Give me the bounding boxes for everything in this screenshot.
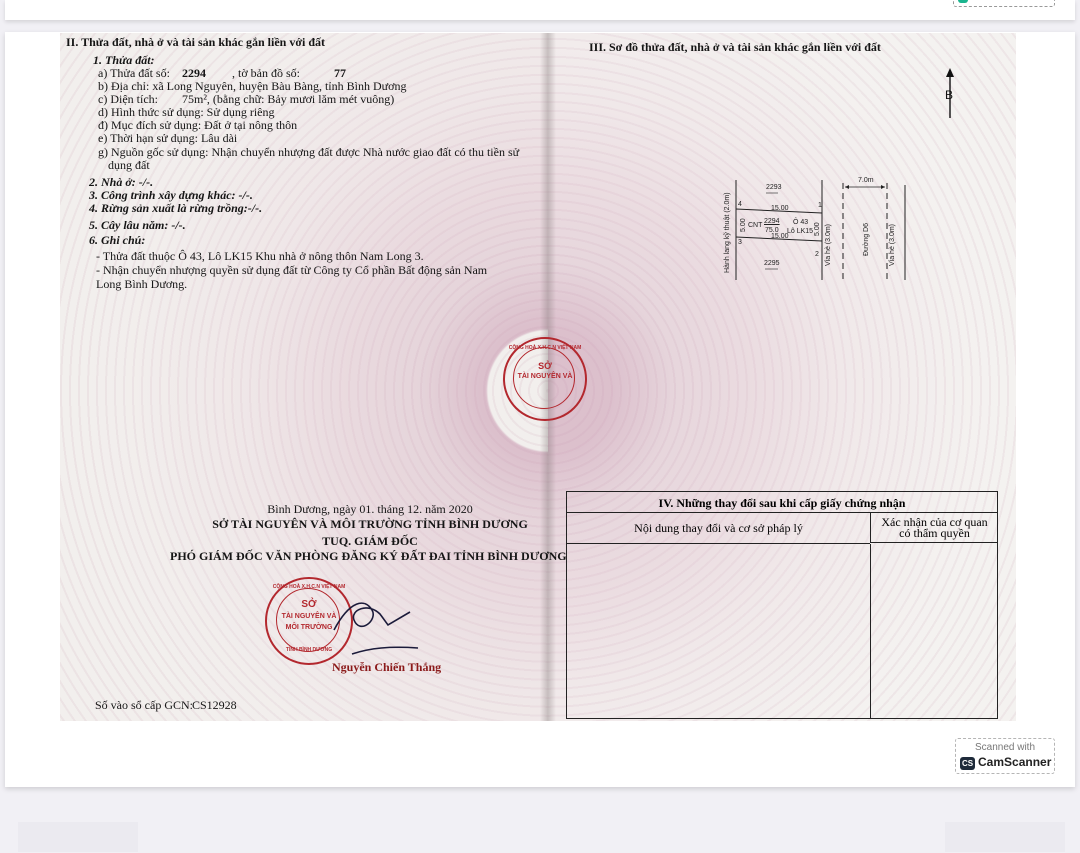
north-arrow: B <box>940 68 960 120</box>
parcel-block: Ô 43 <box>793 219 808 226</box>
parcel-code: CNT <box>748 222 762 229</box>
left-boundary-label: Hành lang kỹ thuật (2.0m) <box>724 192 731 273</box>
vertex-2: 2 <box>815 251 819 258</box>
notes-heading: 6. Ghi chú: <box>89 234 145 246</box>
production-forest: 4. Rừng sản xuất là rừng trồng:-/-. <box>89 202 262 214</box>
area-label: c) Diện tích: <box>98 93 158 105</box>
road-width: 7.0m <box>858 177 874 184</box>
perennial-trees: 5. Cây lâu năm: -/-. <box>89 219 186 231</box>
parcel-no: 2294 <box>182 67 206 79</box>
parcel-number: 2294 <box>764 218 780 225</box>
section-iii-heading: III. Sơ đồ thửa đất, nhà ở và tài sản kh… <box>589 41 881 53</box>
map-sheet-no: 77 <box>334 67 346 79</box>
previous-page-card <box>5 0 1075 20</box>
changes-confirmation-cell <box>870 544 999 718</box>
center-official-seal: CỘNG HOÀ X.H.C.N VIỆT NAM SỞ TÀI NGUYÊN … <box>503 337 587 421</box>
use-purpose: đ) Mục đích sử dụng: Đất ở tại nông thôn <box>98 119 297 131</box>
parcel-area: 75.0 <box>765 227 779 234</box>
vertex-1: 1 <box>818 202 822 209</box>
parcel-no-label: a) Thửa đất số: <box>98 67 170 79</box>
north-label: B <box>945 88 953 102</box>
parcel-heading: 1. Thửa đất: <box>93 54 155 66</box>
issuing-agency: SỞ TÀI NGUYÊN VÀ MÔI TRƯỜNG TỈNH BÌNH DƯ… <box>160 518 580 530</box>
vertex-3: 3 <box>738 239 742 246</box>
center-seal-line2: TÀI NGUYÊN VÀ <box>505 373 585 380</box>
house: 2. Nhà ở: -/-. <box>89 176 153 188</box>
registry-number: CS12928 <box>192 699 237 711</box>
edge-left-length: 5.00 <box>740 218 747 232</box>
parcel-south-label: 2295 <box>764 260 780 267</box>
center-seal-top: CỘNG HOÀ X.H.C.N VIỆT NAM <box>505 345 585 351</box>
changes-table: IV. Những thay đổi sau khi cấp giấy chứn… <box>566 491 998 719</box>
map-sheet-label: , tờ bản đồ số: <box>232 67 300 79</box>
address: b) Địa chỉ: xã Long Nguyên, huyện Bàu Bà… <box>98 80 406 92</box>
sidewalk-1-label: Vỉa hè (3.0m) <box>825 224 832 266</box>
changes-col-content: Nội dung thay đổi và cơ sở pháp lý <box>567 513 870 544</box>
center-seal-line1: SỞ <box>505 361 585 371</box>
sidewalk-2-label: Vỉa hè (3.0m) <box>889 224 896 266</box>
parcel-north-label: 2293 <box>766 184 782 191</box>
edge-right-length: 5.00 <box>814 222 821 236</box>
registry-label: Số vào sổ cấp GCN: <box>95 699 193 711</box>
signer-name: Nguyễn Chiến Thắng <box>332 660 441 675</box>
note-item: - Nhận chuyển nhượng quyền sử dụng đất t… <box>96 264 487 276</box>
on-behalf-of: TUQ. GIÁM ĐỐC <box>160 535 580 547</box>
use-form: d) Hình thức sử dụng: Sử dụng riêng <box>98 106 275 118</box>
changes-table-heading: IV. Những thay đổi sau khi cấp giấy chứn… <box>567 492 997 513</box>
ghost-card-left <box>18 822 138 852</box>
changes-content-cell <box>567 544 870 718</box>
parcel-lot: Lô LK15 <box>787 228 813 235</box>
edge-top-length: 15.00 <box>771 205 789 212</box>
section-ii-heading: II. Thửa đất, nhà ở và tài sản khác gắn … <box>66 36 325 48</box>
note-item: - Thửa đất thuộc Ô 43, Lô LK15 Khu nhà ở… <box>96 250 424 262</box>
vertex-4: 4 <box>738 201 742 208</box>
watermark-caption: Scanned with <box>956 742 1054 753</box>
camscanner-watermark: Scanned with CS CamScanner <box>955 738 1055 774</box>
use-term: e) Thời hạn sử dụng: Lâu dài <box>98 132 237 144</box>
watermark-brand: CamScanner <box>978 755 1051 769</box>
changes-col-confirmation: Xác nhận của cơ quan có thẩm quyền <box>870 513 998 543</box>
ghost-card-right <box>945 822 1065 852</box>
parcel-diagram: 2293 2295 15.00 15.00 CNT 2294 75.0 Ô 43… <box>660 145 910 285</box>
camscanner-logo-icon: CS <box>960 757 975 770</box>
use-origin-line2: dụng đất <box>108 159 150 171</box>
edge-bottom-length: 15.00 <box>771 233 789 240</box>
camscanner-badge-previous <box>953 0 1055 7</box>
other-construction: 3. Công trình xây dựng khác: -/-. <box>89 189 253 201</box>
area-value: 75m², (bằng chữ: Bảy mươi lăm mét vuông) <box>182 93 394 105</box>
signer-title: PHÓ GIÁM ĐỐC VĂN PHÒNG ĐĂNG KÝ ĐẤT ĐAI T… <box>170 550 567 562</box>
road-label: Đường D6 <box>863 223 870 256</box>
changes-col-confirmation-line2: có thẩm quyền <box>871 528 998 539</box>
issue-date: Bình Dương, ngày 01. tháng 12. năm 2020 <box>160 503 580 515</box>
note-item: Long Bình Dương. <box>96 278 187 290</box>
use-origin-line1: g) Nguồn gốc sử dụng: Nhận chuyển nhượng… <box>98 146 519 158</box>
handwritten-signature <box>330 590 440 660</box>
